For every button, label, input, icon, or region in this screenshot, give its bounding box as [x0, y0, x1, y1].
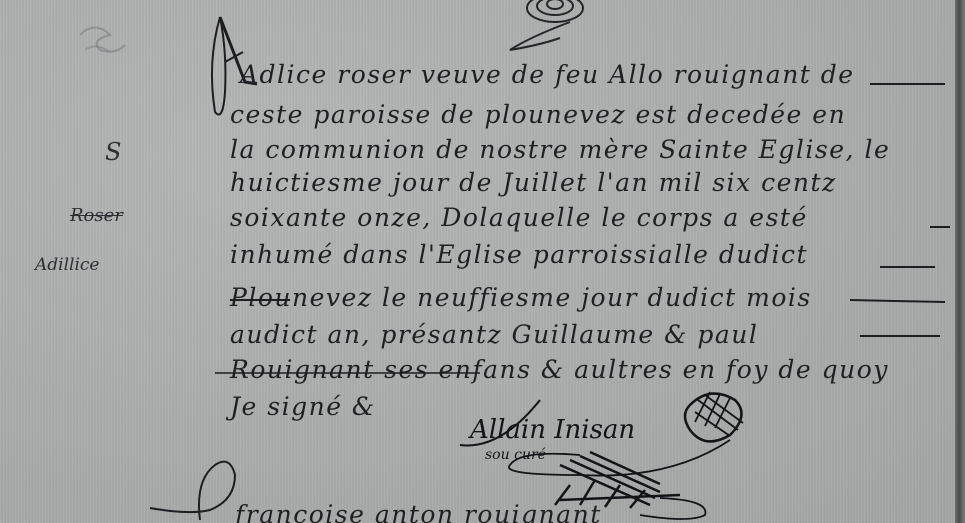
- partial-bottom-line: francoise anton rouignant: [235, 500, 602, 523]
- document-page: S Roser Adillice Adlice roser veuve de f…: [0, 0, 955, 523]
- page-edge-shadow: [955, 0, 965, 523]
